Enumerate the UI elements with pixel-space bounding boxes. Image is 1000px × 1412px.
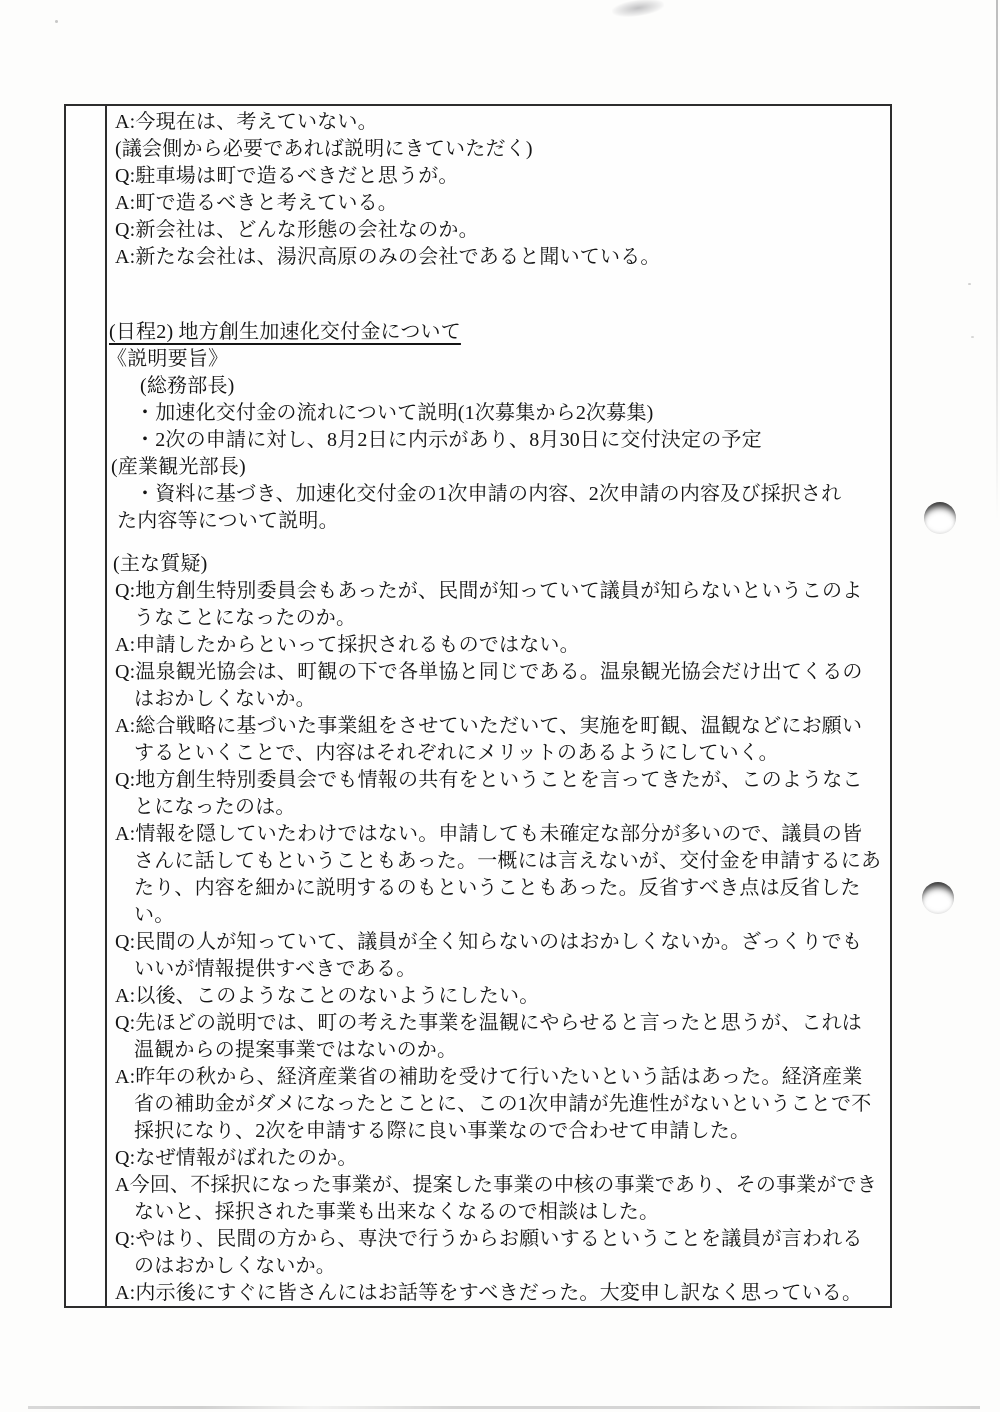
text-line: ・加速化交付金の流れについて説明(1次募集から2次募集) bbox=[107, 400, 888, 427]
text-line: さんに話してもということもあった。一概には言えないが、交付金を申請するにあ bbox=[107, 848, 888, 875]
text-line: Q:先ほどの説明では、町の考えた事業を温観にやらせると言ったと思うが、これは bbox=[107, 1010, 888, 1037]
text-line: Q:なぜ情報がばれたのか。 bbox=[107, 1145, 888, 1172]
dust-speck bbox=[971, 336, 974, 338]
text-line: A:昨年の秋から、経済産業省の補助を受けて行いたいという話はあった。経済産業 bbox=[107, 1064, 888, 1091]
text-line: A:総合戦略に基づいた事業組をさせていただいて、実施を町観、温観などにお願い bbox=[107, 713, 888, 740]
text-line: のはおかしくないか。 bbox=[107, 1253, 888, 1280]
text-line: 省の補助金がダメになったとことに、この1次申請が先進性がないということで不 bbox=[107, 1091, 888, 1118]
text-line: 《説明要旨》 bbox=[107, 346, 888, 373]
text-line: うなことになったのか。 bbox=[107, 605, 888, 632]
text-line: Q:地方創生特別委員会でも情報の共有をということを言ってきたが、このようなこ bbox=[107, 767, 888, 794]
text-line: (議会側から必要であれば説明にきていただく) bbox=[107, 136, 888, 163]
text-line: 温観からの提案事業ではないのか。 bbox=[107, 1037, 888, 1064]
text-line: たり、内容を細かに説明するのもということもあった。反省すべき点は反省した bbox=[107, 875, 888, 902]
text-line: (主な質疑) bbox=[107, 551, 888, 578]
text-line: Q:やはり、民間の方から、専決で行うからお願いするということを議員が言われる bbox=[107, 1226, 888, 1253]
text-line: A:町で造るべきと考えている。 bbox=[107, 190, 888, 217]
text-line: A:以後、このようなことのないようにしたい。 bbox=[107, 983, 888, 1010]
blank-line bbox=[107, 535, 888, 551]
text-line: (日程2) 地方創生加速化交付金について bbox=[107, 319, 888, 346]
text-line: Q:駐車場は町で造るべきだと思うが。 bbox=[107, 163, 888, 190]
text-line: とになったのは。 bbox=[107, 794, 888, 821]
text-line: Q:民間の人が知っていて、議員が全く知らないのはおかしくないか。ざっくりでも bbox=[107, 929, 888, 956]
scan-edge-line-bottom bbox=[28, 1406, 980, 1409]
text-line: ないと、採択された事業も出来なくなるので相談はした。 bbox=[107, 1199, 888, 1226]
document-text: A:今現在は、考えていない。(議会側から必要であれば説明にきていただく)Q:駐車… bbox=[107, 106, 888, 1307]
blank-line bbox=[107, 295, 888, 319]
text-line: Q:温泉観光協会は、町観の下で各単協と同じである。温泉観光協会だけ出てくるの bbox=[107, 659, 888, 686]
punch-hole-bottom bbox=[922, 882, 954, 914]
scanned-minutes-page: A:今現在は、考えていない。(議会側から必要であれば説明にきていただく)Q:駐車… bbox=[0, 0, 1000, 1412]
text-line: A:内示後にすぐに皆さんにはお話等をすべきだった。大変申し訳なく思っている。 bbox=[107, 1280, 888, 1307]
dust-speck bbox=[968, 283, 971, 285]
text-line: するといくことで、内容はそれぞれにメリットのあるようにしていく。 bbox=[107, 740, 888, 767]
text-line: はおかしくないか。 bbox=[107, 686, 888, 713]
text-line: ・資料に基づき、加速化交付金の1次申請の内容、2次申請の内容及び採択され bbox=[107, 481, 888, 508]
text-line: ・2次の申請に対し、8月2日に内示があり、8月30日に交付決定の予定 bbox=[107, 427, 888, 454]
text-line: Q:新会社は、どんな形態の会社なのか。 bbox=[107, 217, 888, 244]
scan-smudge-top bbox=[611, 0, 665, 20]
text-line: (産業観光部長) bbox=[107, 454, 888, 481]
scan-edge-line-right bbox=[996, 0, 998, 520]
text-line: A今回、不採択になった事業が、提案した事業の中核の事業であり、その事業ができ bbox=[107, 1172, 888, 1199]
text-line: A:新たな会社は、湯沢高原のみの会社であると聞いている。 bbox=[107, 244, 888, 271]
text-line: Q:地方創生特別委員会もあったが、民間が知っていて議員が知らないというこのよ bbox=[107, 578, 888, 605]
text-line: た内容等について説明。 bbox=[107, 508, 888, 535]
text-line: いいが情報提供すべきである。 bbox=[107, 956, 888, 983]
dust-speck bbox=[55, 20, 58, 23]
blank-line bbox=[107, 271, 888, 295]
punch-hole-top bbox=[924, 502, 956, 534]
text-line: 採択になり、2次を申請する際に良い事業なので合わせて申請した。 bbox=[107, 1118, 888, 1145]
text-line: A:今現在は、考えていない。 bbox=[107, 109, 888, 136]
text-line: (総務部長) bbox=[107, 373, 888, 400]
text-line: A:申請したからといって採択されるものではない。 bbox=[107, 632, 888, 659]
page-frame: A:今現在は、考えていない。(議会側から必要であれば説明にきていただく)Q:駐車… bbox=[64, 104, 892, 1308]
text-line: い。 bbox=[107, 902, 888, 929]
text-line: A:情報を隠していたわけではない。申請しても未確定な部分が多いので、議員の皆 bbox=[107, 821, 888, 848]
